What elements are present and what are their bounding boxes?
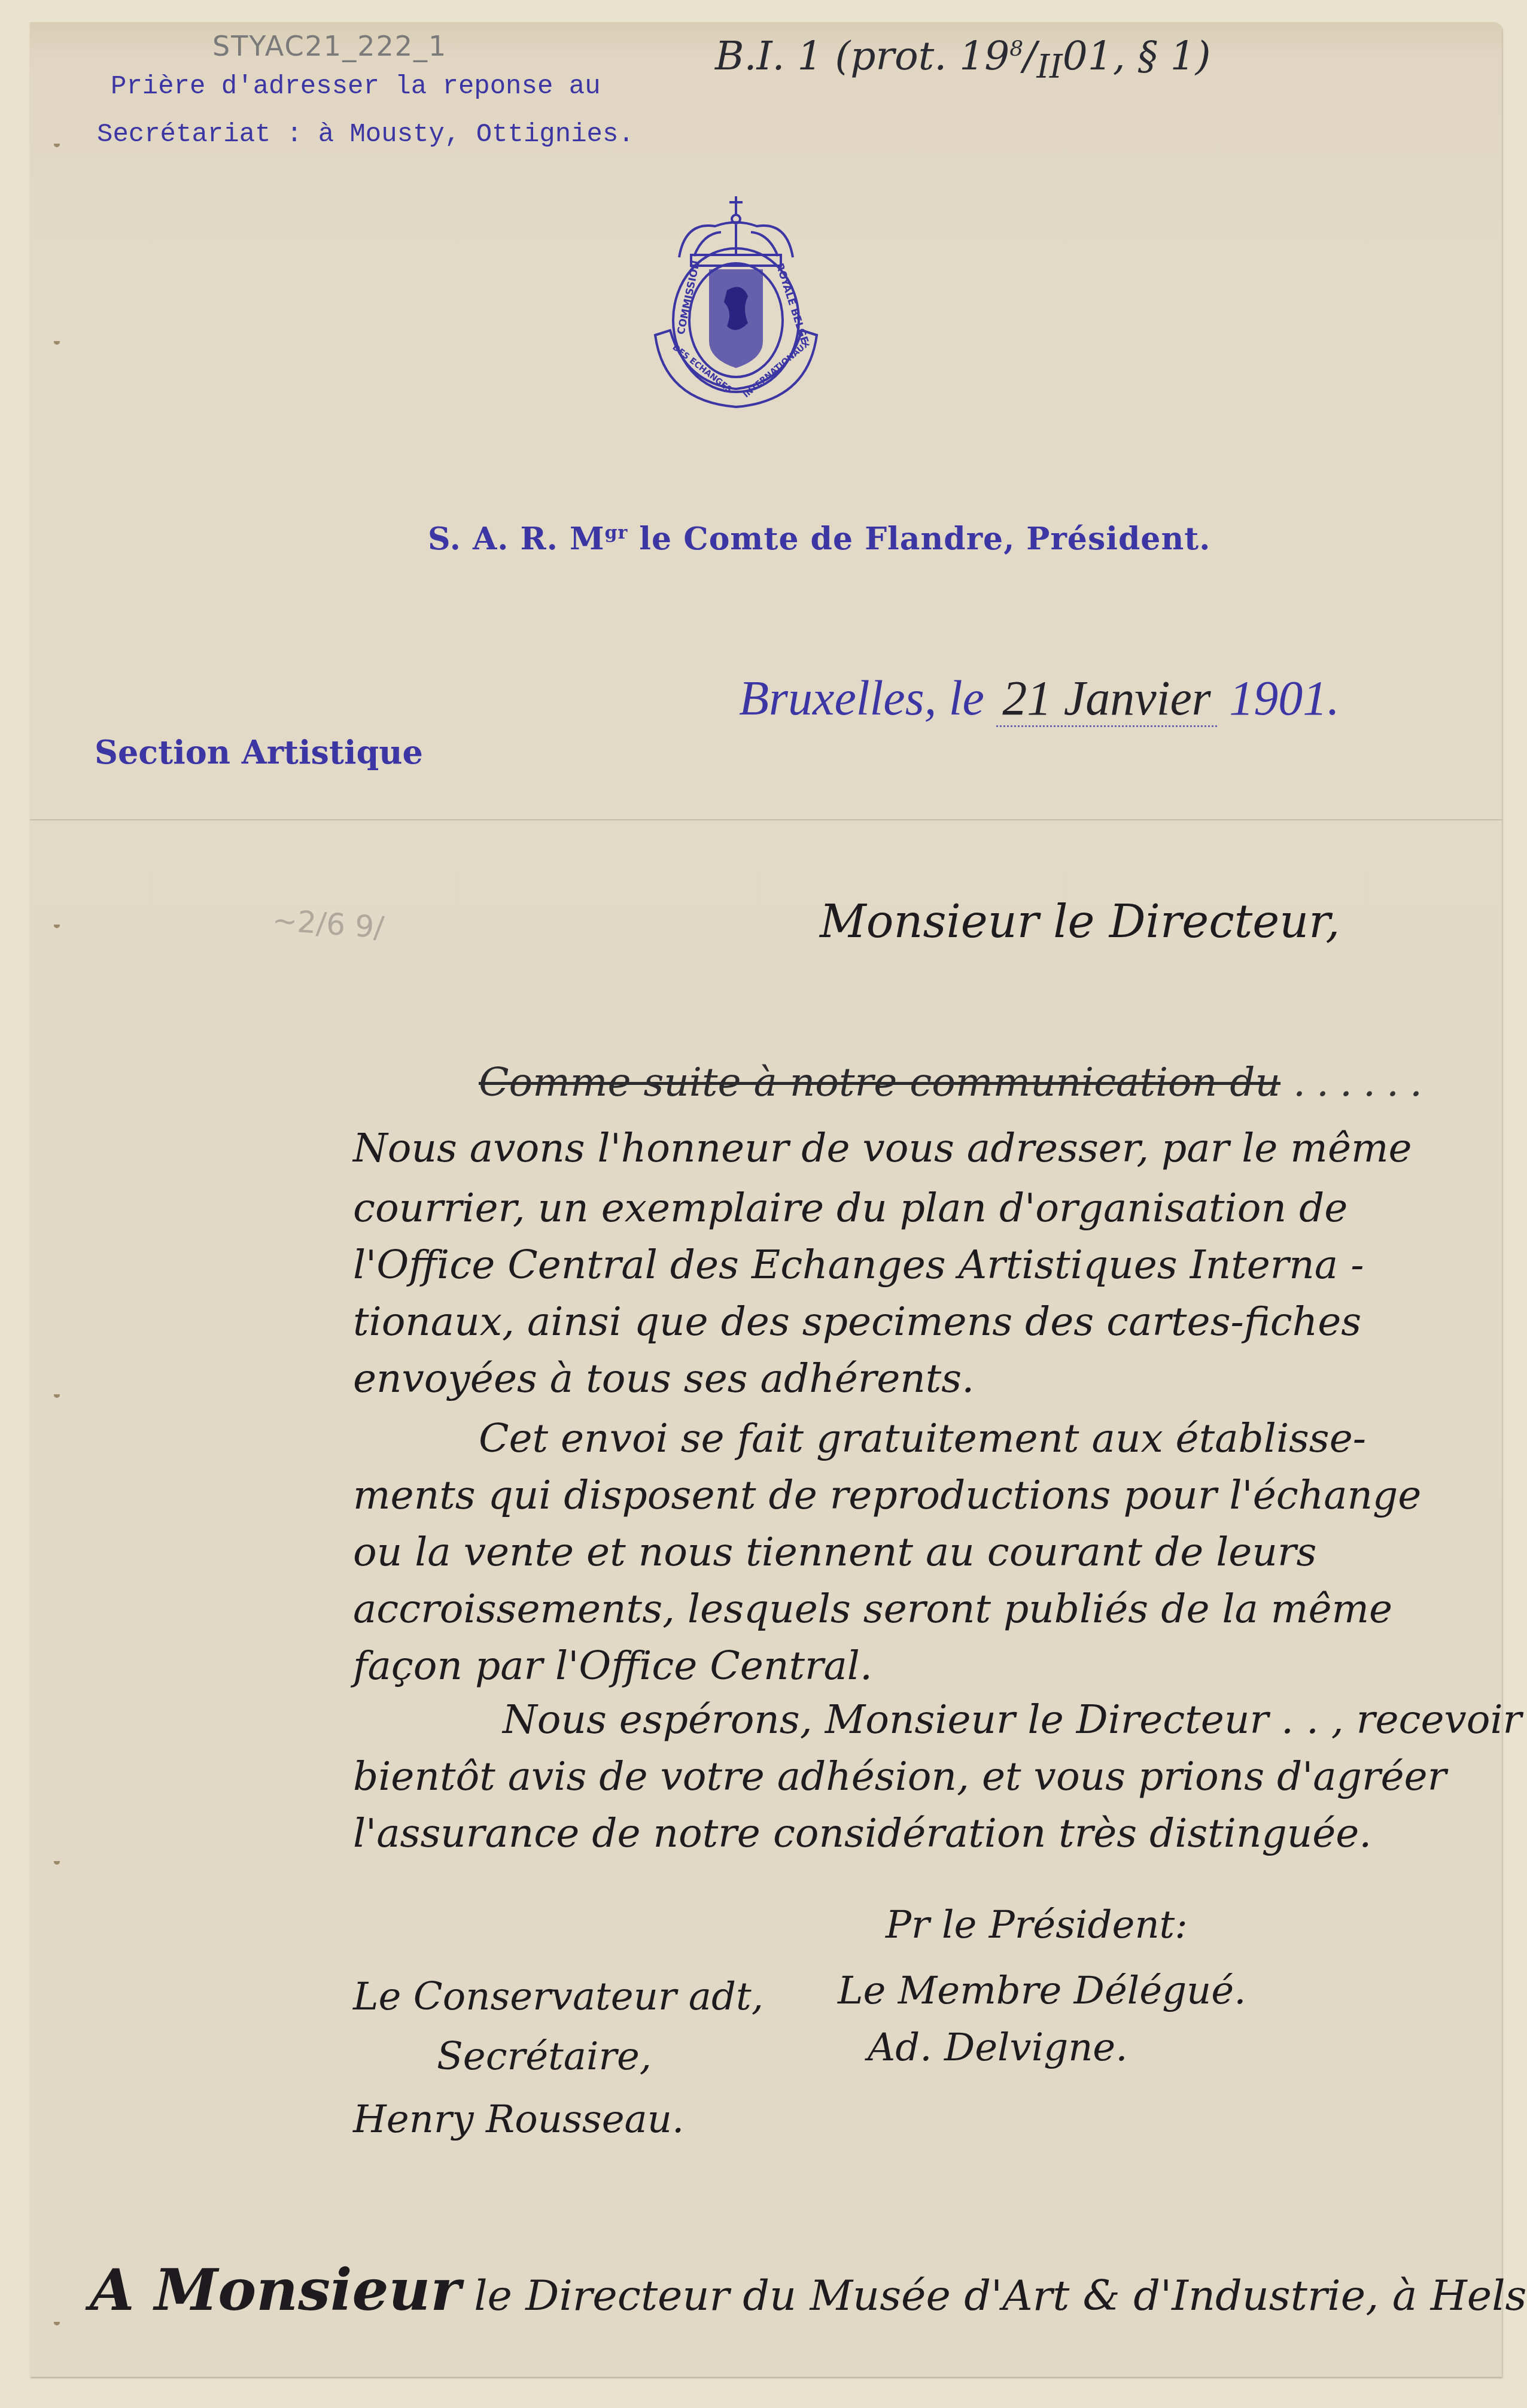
section-label: Section Artistique: [95, 733, 423, 771]
signature-right-line-1: Pr le Président:: [886, 1903, 1188, 1947]
body-line: ments qui disposent de reproductions pou…: [353, 1472, 1421, 1518]
body-line: tionaux, ainsi que des specimens des car…: [353, 1299, 1361, 1345]
svg-text:COMMISSION: COMMISSION: [675, 260, 702, 336]
archive-reference: STYAC21_222_1: [212, 30, 447, 62]
president-line: S. A. R. Mgr le Comte de Flandre, Présid…: [428, 521, 1210, 557]
body-line: l'assurance de notre considération très …: [353, 1810, 1371, 1856]
recipient-address: A Monsieur le Directeur du Musée d'Art &…: [90, 2256, 1527, 2324]
body-line: Nous espérons, Monsieur le Directeur . .…: [503, 1696, 1522, 1743]
body-line: façon par l'Office Central.: [353, 1643, 872, 1689]
signature-left-line-1: Le Conservateur adt,: [353, 1975, 763, 2019]
signature-left-line-2: Secrétaire,: [437, 2035, 652, 2079]
dateline-day-month: 21 Janvier: [996, 671, 1216, 727]
body-line: ou la vente et nous tiennent au courant …: [353, 1529, 1316, 1575]
reply-notice-line-1: Prière d'adresser la reponse au: [111, 72, 601, 102]
body-line: Cet envoi se fait gratuitement aux établ…: [479, 1415, 1366, 1461]
fold-line: [30, 819, 1502, 820]
body-line: accroissements, lesquels seront publiés …: [353, 1586, 1392, 1632]
signature-right-line-3: Ad. Delvigne.: [868, 2026, 1128, 2070]
signature-left-line-3: Henry Rousseau.: [353, 2097, 684, 2142]
dateline-place: Bruxelles, le: [739, 671, 996, 725]
struck-line: Comme suite à notre communication du ...…: [479, 1059, 1433, 1105]
body-line: courrier, un exemplaire du plan d'organi…: [353, 1185, 1347, 1231]
body-line: bientôt avis de votre adhésion, et vous …: [353, 1753, 1446, 1799]
reply-notice-line-2: Secrétariat : à Mousty, Ottignies.: [97, 120, 634, 150]
dateline-year: 1901.: [1229, 671, 1340, 725]
protocol-reference: B.I. 1 (prot. 198/II01, § 1): [715, 33, 1211, 86]
signature-right-line-2: Le Membre Délégué.: [838, 1969, 1246, 2013]
salutation: Monsieur le Directeur,: [820, 895, 1340, 948]
svg-text:ROYALE BELGE: ROYALE BELGE: [773, 262, 810, 345]
dateline: Bruxelles, le 21 Janvier 1901.: [739, 670, 1340, 726]
body-line: l'Office Central des Echanges Artistique…: [353, 1242, 1364, 1288]
body-line: Nous avons l'honneur de vous adresser, p…: [353, 1125, 1412, 1171]
royal-crest-icon: COMMISSION ROYALE BELGE DES ECHANGES INT…: [637, 191, 835, 413]
body-line: envoyées à tous ses adhérents.: [353, 1355, 974, 1401]
